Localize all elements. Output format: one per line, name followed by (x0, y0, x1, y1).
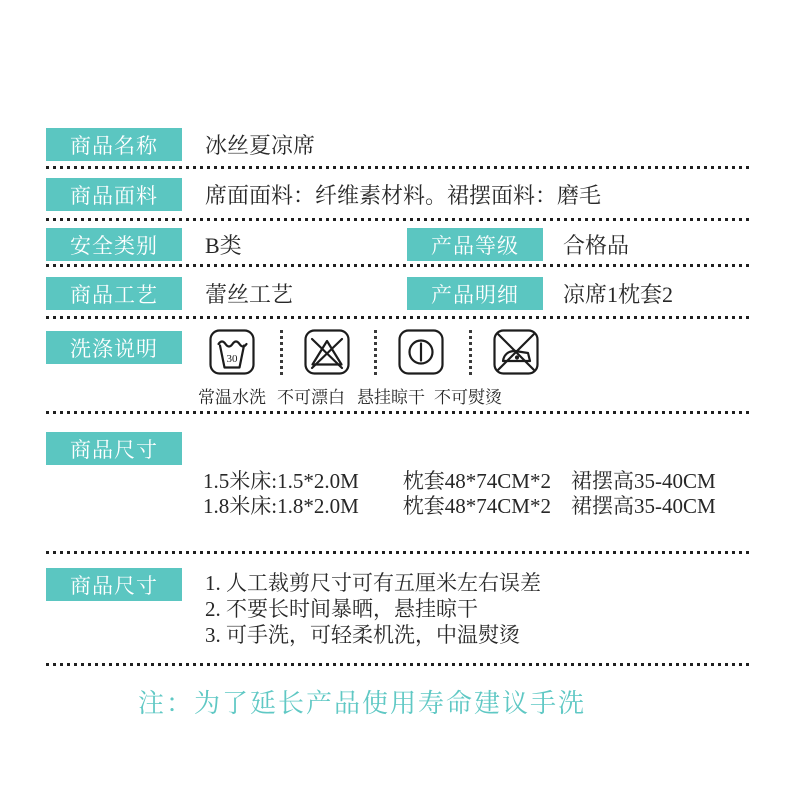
wash-30-icon: 30 (208, 328, 256, 376)
size-pillow: 枕套48*74CM*2 (403, 494, 551, 518)
field-label-product-grade: 产品等级 (407, 228, 543, 261)
field-value-product-name: 冰丝夏凉席 (205, 133, 315, 159)
icon-separator (280, 330, 283, 375)
dotted-divider (46, 218, 753, 221)
dotted-divider (46, 411, 753, 414)
size-line: 1.8米床:1.8*2.0M枕套48*74CM*2裙摆高35-40CM (203, 490, 716, 520)
size-bed: 1.8米床:1.8*2.0M (203, 494, 359, 518)
field-label-notes: 商品尺寸 (46, 568, 182, 601)
dotted-divider (46, 316, 753, 319)
field-label-craft: 商品工艺 (46, 277, 182, 310)
product-spec-sheet: 商品名称 冰丝夏凉席 商品面料 席面面料：纤维素材料。裙摆面料：磨毛 安全类别 … (0, 0, 800, 800)
wash-caption: 常温水洗 (189, 383, 275, 408)
dotted-divider (46, 663, 753, 666)
field-label-product-detail: 产品明细 (407, 277, 543, 310)
field-value-fabric: 席面面料：纤维素材料。裙摆面料：磨毛 (205, 183, 601, 209)
field-label-product-name: 商品名称 (46, 128, 182, 161)
dotted-divider (46, 551, 753, 554)
field-label-fabric: 商品面料 (46, 178, 182, 211)
field-value-craft: 蕾丝工艺 (205, 282, 293, 308)
svg-text:30: 30 (227, 353, 239, 365)
size-skirt: 裙摆高35-40CM (571, 494, 716, 518)
note-item: 3. 可手洗，可轻柔机洗，中温熨烫 (205, 623, 520, 648)
hang-dry-icon (397, 328, 445, 376)
no-bleach-icon (303, 328, 351, 376)
note-item: 2. 不要长时间暴晒，悬挂晾干 (205, 597, 478, 622)
hand-wash-advice-note: 注：为了延长产品使用寿命建议手洗 (138, 683, 586, 720)
wash-caption: 悬挂晾干 (348, 383, 434, 408)
wash-caption: 不可熨烫 (425, 383, 511, 408)
field-label-sizes: 商品尺寸 (46, 432, 182, 465)
dotted-divider (46, 264, 753, 267)
field-label-safety-class: 安全类别 (46, 228, 182, 261)
wash-caption: 不可漂白 (268, 383, 354, 408)
icon-separator (374, 330, 377, 375)
field-label-washing: 洗涤说明 (46, 331, 182, 364)
icon-separator (469, 330, 472, 375)
field-value-product-grade: 合格品 (563, 233, 629, 259)
no-iron-icon (492, 328, 540, 376)
field-value-safety-class: B类 (205, 233, 242, 259)
field-value-product-detail: 凉席1枕套2 (563, 282, 673, 308)
dotted-divider (46, 166, 753, 169)
note-item: 1. 人工裁剪尺寸可有五厘米左右误差 (205, 571, 541, 596)
